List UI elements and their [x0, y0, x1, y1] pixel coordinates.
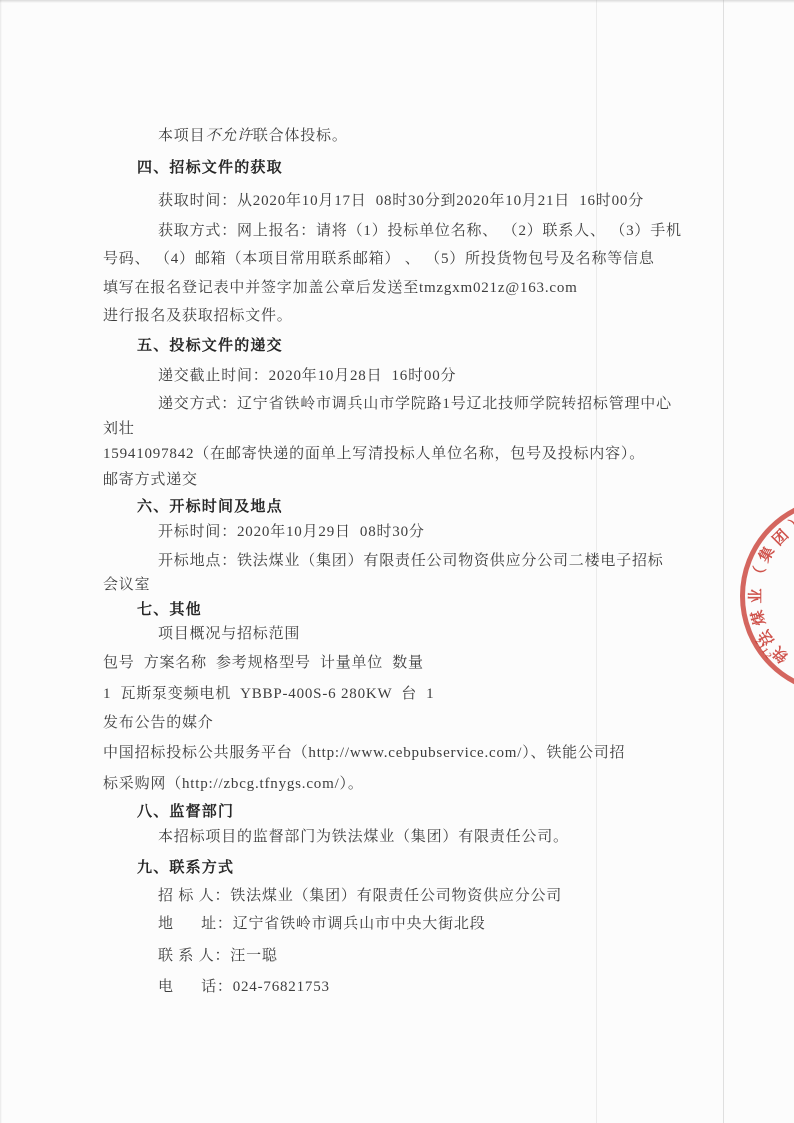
- section-heading-8: 八、监督部门: [137, 802, 234, 822]
- table-row-line: 1 瓦斯泵变频电机 YBBP-400S-6 280KW 台 1: [103, 684, 435, 704]
- doc-line: 标采购网（http://zbcg.tfnygs.com/）。: [103, 774, 364, 794]
- scan-edge-left: [0, 0, 2, 1123]
- stamp-char: 煤: [746, 608, 770, 628]
- doc-line: 获取方式：网上报名：请将（1）投标单位名称、 （2）联系人、 （3）手机: [158, 221, 682, 241]
- stamp-char: ）: [785, 510, 794, 536]
- doc-line: 填写在报名登记表中并签字加盖公章后发送至tmzgxm021z@163.com: [103, 278, 578, 298]
- contact-tenderer-line: 招 标 人：铁法煤业（集团）有限责任公司物资供应分公司: [158, 886, 562, 906]
- intro-line: 本项目不允许联合体投标。: [158, 126, 348, 146]
- intro-emphasis: 不允许: [205, 128, 252, 144]
- table-header-line: 包号 方案名称 参考规格型号 计量单位 数量: [103, 653, 424, 673]
- scan-crease-line: [723, 0, 724, 1123]
- doc-line: 项目概况与招标范围: [158, 624, 300, 644]
- stamp-char: 法: [753, 626, 779, 650]
- doc-line: 15941097842（在邮寄快递的面单上写清投标人单位名称，包号及投标内容）。: [103, 444, 645, 464]
- intro-suffix: 联合体投标。: [253, 128, 348, 144]
- section-heading-6: 六、开标时间及地点: [137, 497, 283, 517]
- section-heading-4: 四、招标文件的获取: [137, 158, 283, 178]
- section-heading-9: 九、联系方式: [137, 858, 234, 878]
- stamp-char: 集: [753, 542, 779, 566]
- doc-line: 递交截止时间：2020年10月28日 16时00分: [158, 366, 456, 386]
- doc-line: 会议室: [103, 575, 150, 595]
- stamp-char: 业: [745, 588, 766, 603]
- doc-line: 本招标项目的监督部门为铁法煤业（集团）有限责任公司。: [158, 827, 569, 847]
- scan-edge-top: [0, 0, 794, 3]
- stamp-ring: [740, 497, 794, 695]
- section-heading-5: 五、投标文件的递交: [137, 336, 283, 356]
- contact-phone-line: 电 话：024-76821753: [158, 977, 330, 997]
- doc-line: 邮寄方式递交: [103, 470, 198, 490]
- intro-prefix: 本项目: [158, 128, 205, 144]
- doc-line: 开标时间：2020年10月29日 08时30分: [158, 522, 425, 542]
- stamp-char: （: [746, 564, 770, 584]
- stamp-serial-digits: 2112: [753, 637, 775, 662]
- doc-line: 进行报名及获取招标文件。: [103, 306, 293, 326]
- doc-line: 发布公告的媒介: [103, 713, 214, 733]
- document-page: 本项目不允许联合体投标。 四、招标文件的获取 获取时间：从2020年10月17日…: [0, 0, 794, 1123]
- doc-line: 获取时间：从2020年10月17日 08时30分到2020年10月21日 16时…: [158, 191, 644, 211]
- contact-address-line: 地 址：辽宁省铁岭市调兵山市中央大街北段: [158, 914, 486, 934]
- stamp-char: 铁: [767, 643, 792, 668]
- section-heading-7: 七、其他: [137, 600, 202, 620]
- contact-person-line: 联 系 人：汪一聪: [158, 946, 278, 966]
- doc-line: 中国招标投标公共服务平台（http://www.cebpubservice.co…: [103, 743, 625, 763]
- doc-line: 刘壮: [103, 419, 135, 439]
- doc-line: 递交方式：辽宁省铁岭市调兵山市学院路1号辽北技师学院转招标管理中心: [158, 394, 672, 414]
- doc-line: 开标地点：铁法煤业（集团）有限责任公司物资供应分公司二楼电子招标: [158, 551, 664, 571]
- stamp-char: 团: [767, 524, 792, 549]
- doc-line: 号码、 （4）邮箱（本项目常用联系邮箱） 、 （5）所投货物包号及名称等信息: [103, 249, 655, 269]
